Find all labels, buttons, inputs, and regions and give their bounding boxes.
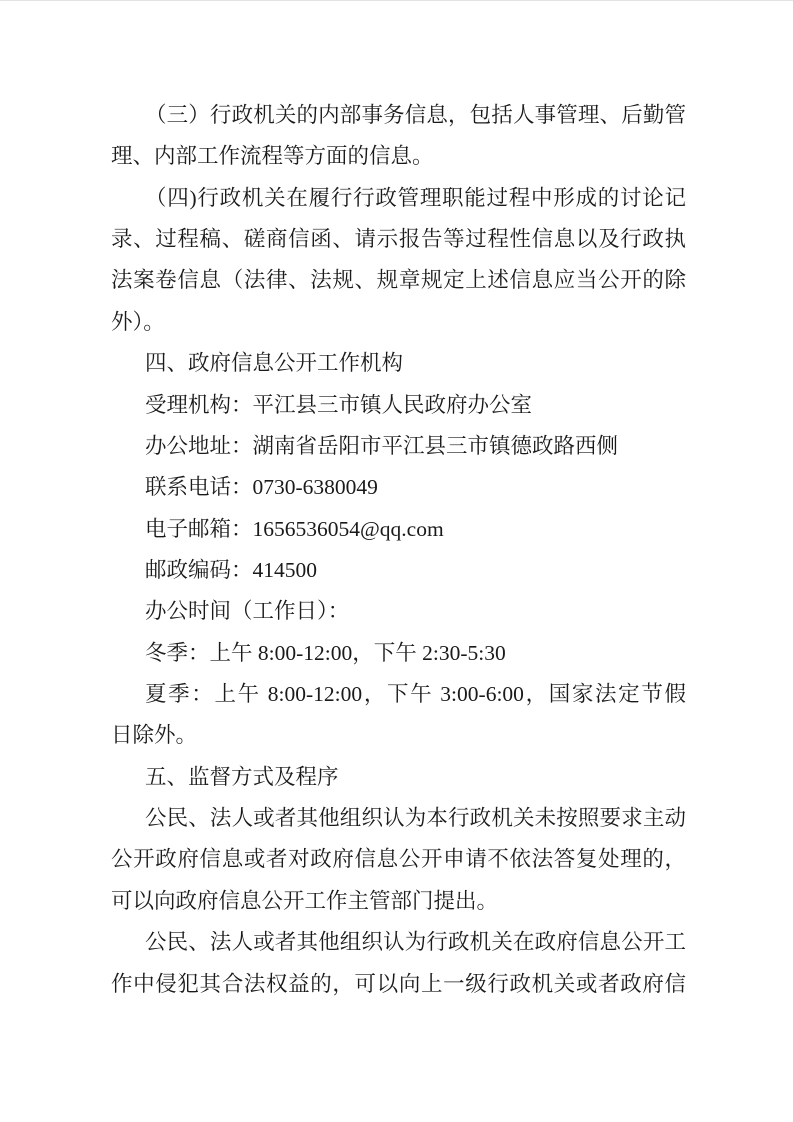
text-line: 公民、法人或者其他组织认为本行政机关未按照要求主动 (111, 798, 686, 839)
text-line: （三）行政机关的内部事务信息，包括人事管理、后勤管 (111, 95, 686, 136)
paragraph-accepting-agency: 受理机构：平江县三市镇人民政府办公室 (111, 385, 686, 426)
paragraph-winter-hours: 冬季：上午 8:00-12:00，下午 2:30-5:30 (111, 633, 686, 674)
text-line: 夏季：上午 8:00-12:00，下午 3:00-6:00，国家法定节假 (111, 674, 686, 715)
text-line: （四)行政机关在履行行政管理职能过程中形成的讨论记 (111, 178, 686, 219)
paragraph-internal-affairs-info: （三）行政机关的内部事务信息，包括人事管理、后勤管 理、内部工作流程等方面的信息… (111, 95, 686, 178)
text-line: 联系电话：0730-6380049 (111, 467, 686, 508)
paragraph-office-address: 办公地址：湖南省岳阳市平江县三市镇德政路西侧 (111, 426, 686, 467)
paragraph-process-info: （四)行政机关在履行行政管理职能过程中形成的讨论记 录、过程稿、磋商信函、请示报… (111, 178, 686, 343)
text-line: 作中侵犯其合法权益的，可以向上一级行政机关或者政府信 (111, 964, 686, 1005)
text-line: 受理机构：平江县三市镇人民政府办公室 (111, 385, 686, 426)
text-line: 理、内部工作流程等方面的信息。 (111, 136, 686, 177)
document-page: （三）行政机关的内部事务信息，包括人事管理、后勤管 理、内部工作流程等方面的信息… (0, 0, 793, 1122)
heading-line: 四、政府信息公开工作机构 (111, 343, 686, 384)
paragraph-postal-code: 邮政编码：414500 (111, 550, 686, 591)
paragraph-contact-phone: 联系电话：0730-6380049 (111, 467, 686, 508)
paragraph-office-hours-label: 办公时间（工作日）： (111, 591, 686, 632)
text-line: 办公地址：湖南省岳阳市平江县三市镇德政路西侧 (111, 426, 686, 467)
text-line: 冬季：上午 8:00-12:00，下午 2:30-5:30 (111, 633, 686, 674)
text-line: 录、过程稿、磋商信函、请示报告等过程性信息以及行政执 (111, 219, 686, 260)
paragraph-email: 电子邮箱：1656536054@qq.com (111, 509, 686, 550)
text-line: 邮政编码：414500 (111, 550, 686, 591)
text-line: 公开政府信息或者对政府信息公开申请不依法答复处理的， (111, 839, 686, 880)
text-line: 日除外。 (111, 715, 686, 756)
section-heading-five: 五、监督方式及程序 (111, 757, 686, 798)
section-heading-four: 四、政府信息公开工作机构 (111, 343, 686, 384)
text-line: 法案卷信息（法律、法规、规章规定上述信息应当公开的除 (111, 260, 686, 301)
text-line: 可以向政府信息公开工作主管部门提出。 (111, 881, 686, 922)
document-body: （三）行政机关的内部事务信息，包括人事管理、后勤管 理、内部工作流程等方面的信息… (111, 95, 686, 1005)
heading-line: 五、监督方式及程序 (111, 757, 686, 798)
text-line: 外）。 (111, 302, 686, 343)
paragraph-rights-infringement: 公民、法人或者其他组织认为行政机关在政府信息公开工 作中侵犯其合法权益的，可以向… (111, 922, 686, 1005)
paragraph-supervision-complaint: 公民、法人或者其他组织认为本行政机关未按照要求主动 公开政府信息或者对政府信息公… (111, 798, 686, 922)
paragraph-summer-hours: 夏季：上午 8:00-12:00，下午 3:00-6:00，国家法定节假 日除外… (111, 674, 686, 757)
text-line: 办公时间（工作日）： (111, 591, 686, 632)
text-line: 电子邮箱：1656536054@qq.com (111, 509, 686, 550)
text-line: 公民、法人或者其他组织认为行政机关在政府信息公开工 (111, 922, 686, 963)
